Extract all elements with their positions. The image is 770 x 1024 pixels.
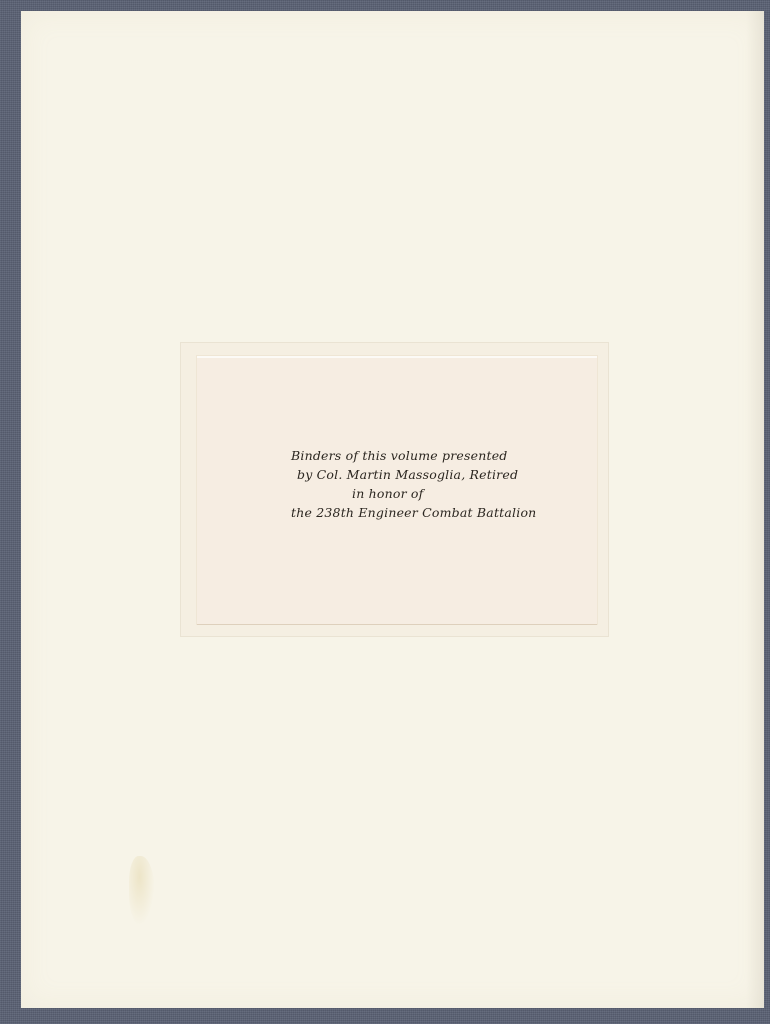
bookplate-inscription: Binders of this volume presented by Col.… xyxy=(197,446,597,522)
page-edge-shadow xyxy=(746,11,764,1008)
inscription-line: the 238th Engineer Combat Battalion xyxy=(197,503,597,522)
inscription-line: Binders of this volume presented xyxy=(197,446,597,465)
endpaper-page: Binders of this volume presented by Col.… xyxy=(21,11,764,1008)
inscription-line: by Col. Martin Massoglia, Retired xyxy=(197,465,597,484)
inscription-line: in honor of xyxy=(197,484,597,503)
card-edge-highlight xyxy=(197,356,597,358)
bookplate-card: Binders of this volume presented by Col.… xyxy=(197,356,597,624)
binder-cover: Binders of this volume presented by Col.… xyxy=(0,0,770,1024)
bookplate-mount: Binders of this volume presented by Col.… xyxy=(181,343,608,636)
paper-stain xyxy=(129,856,155,926)
